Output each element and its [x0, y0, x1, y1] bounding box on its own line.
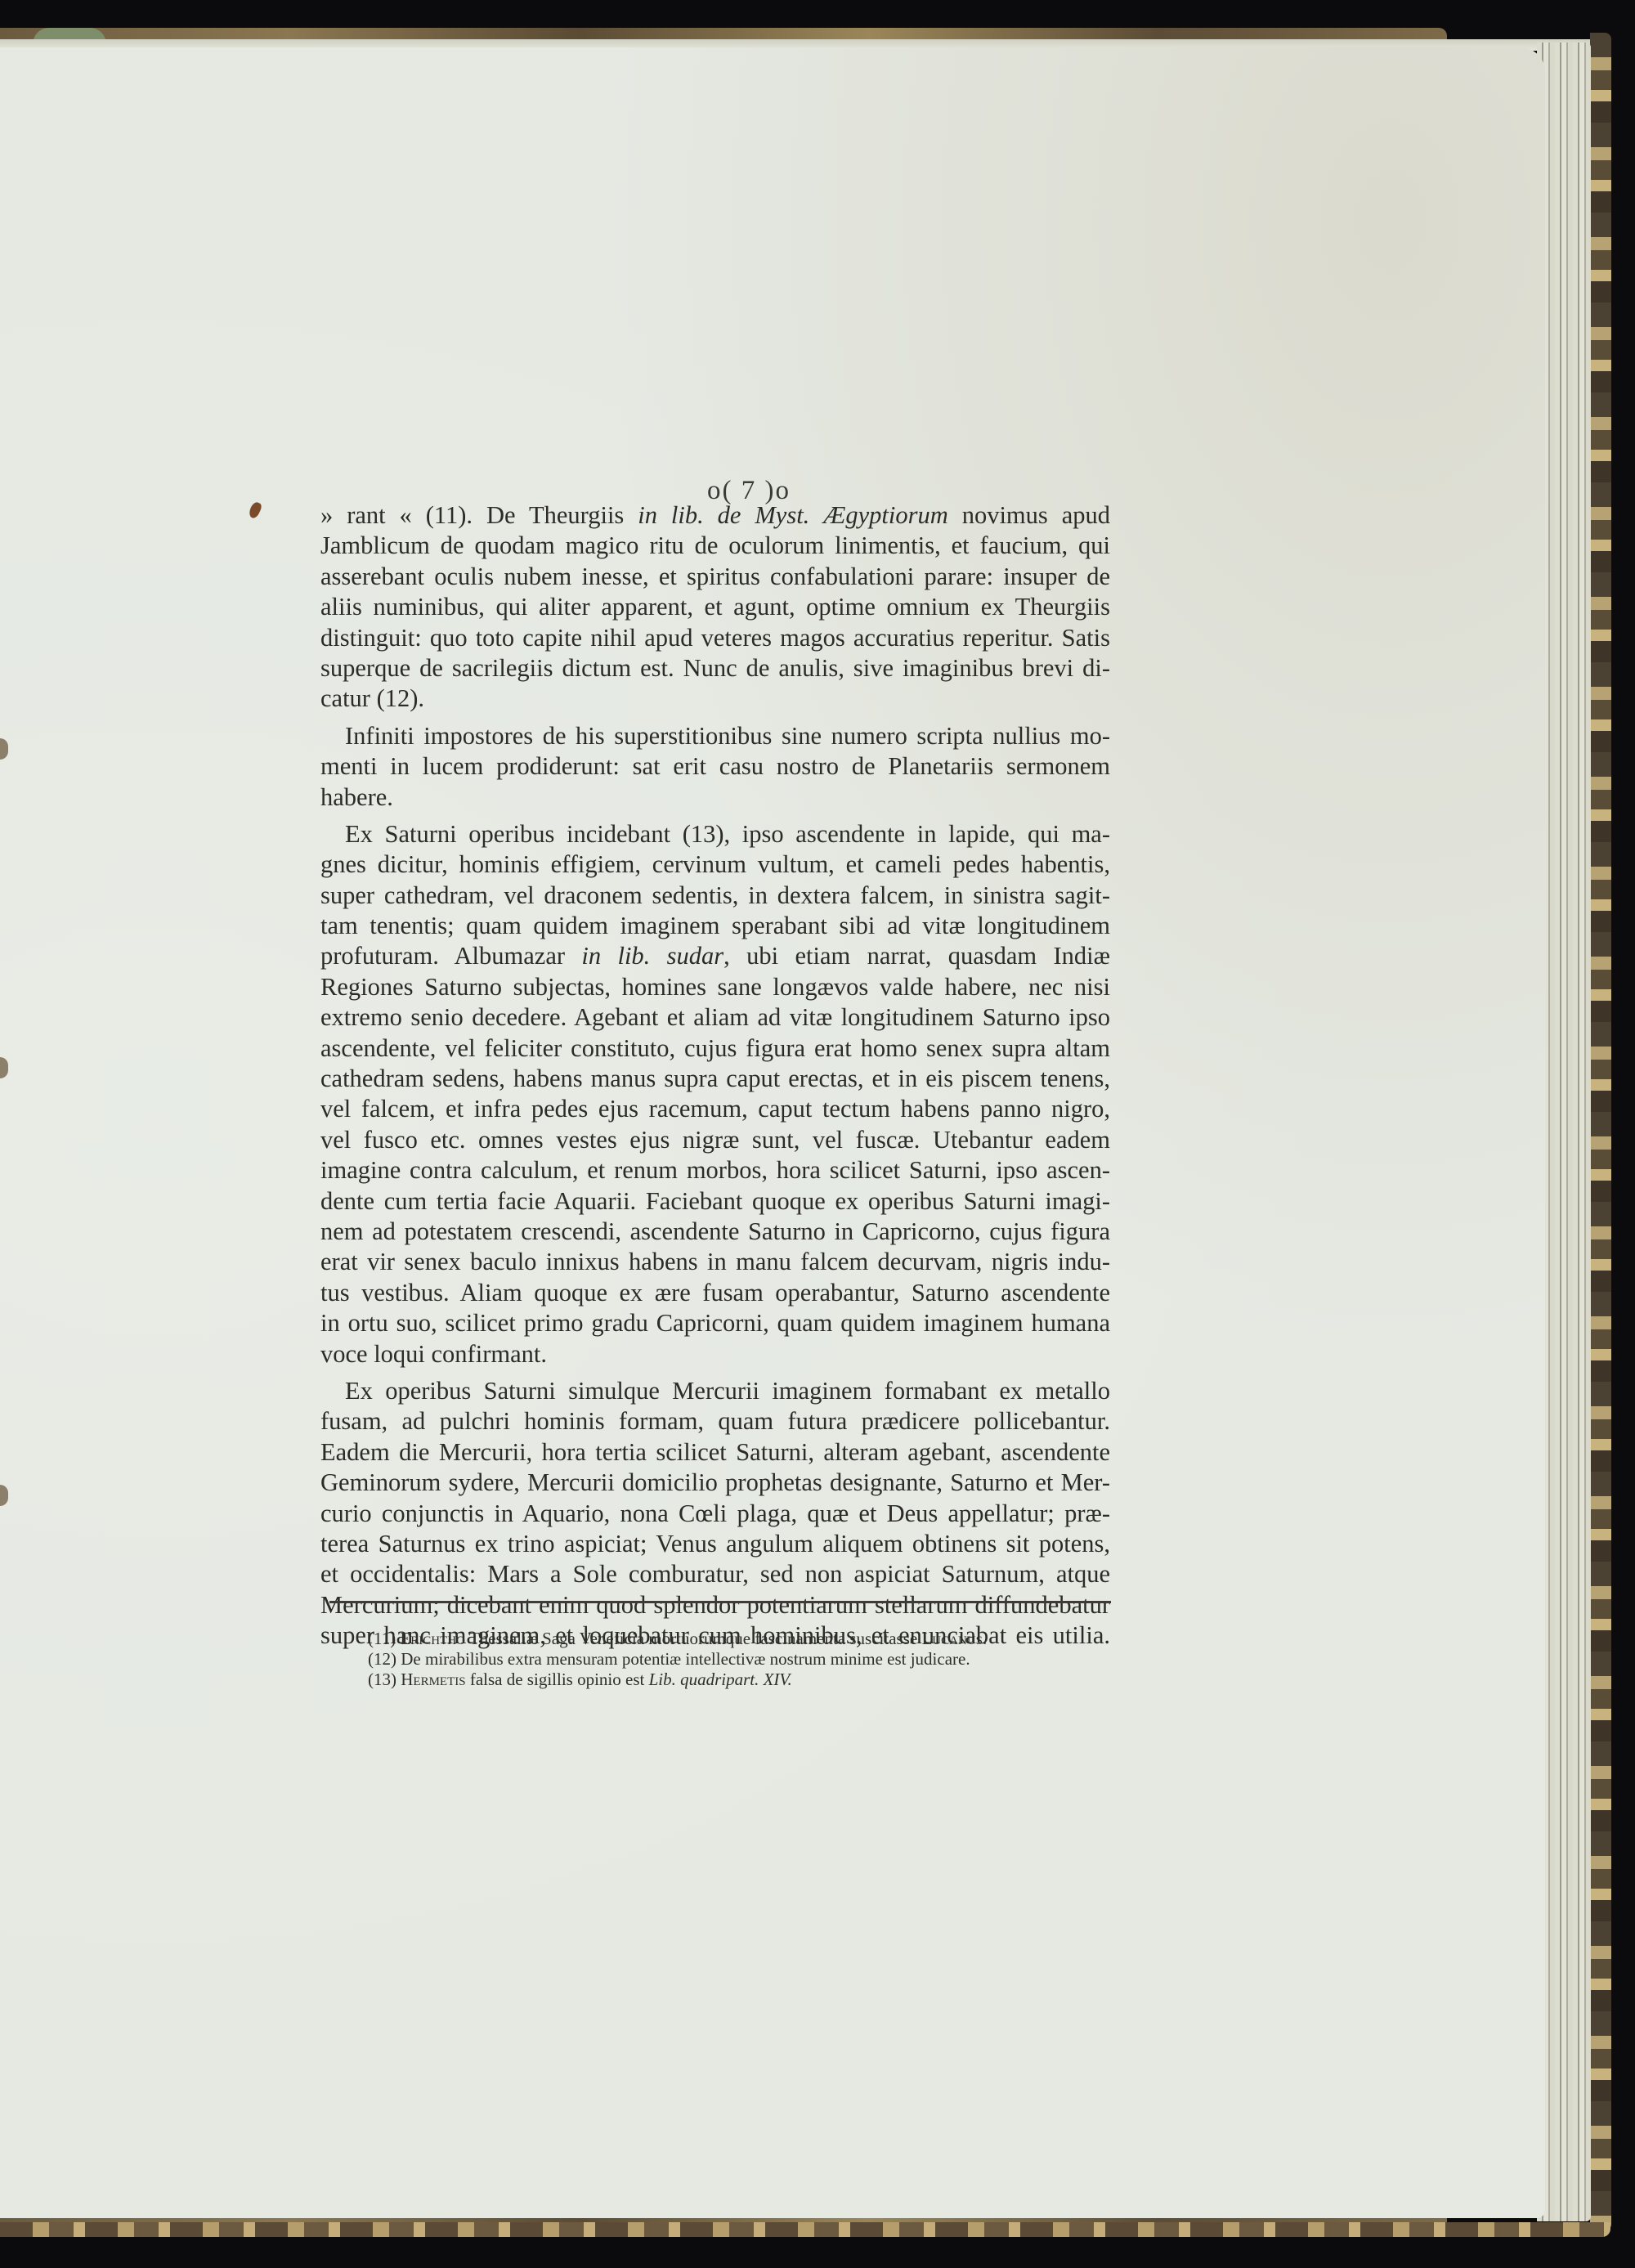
text-line: voce loqui confirmant.	[320, 1339, 1110, 1369]
binding-clip	[0, 1485, 8, 1506]
text-line: in ortu suo, scilicet primo gradu Capric…	[320, 1308, 1110, 1338]
text-line: terea Saturnus ex trino aspiciat; Venus …	[320, 1529, 1110, 1559]
text-line: catur (12).	[320, 684, 1110, 714]
text-line: Infiniti impostores de his superstitioni…	[320, 721, 1110, 751]
text-line: extremo senio decedere. Agebant et aliam…	[320, 1002, 1110, 1033]
footnote-divider	[329, 1601, 1111, 1603]
text-line: Ex operibus Saturni simulque Mercurii im…	[320, 1376, 1110, 1406]
footnote-text: Thessaliæ Saga Veneficia mortuorumque fa…	[465, 1629, 922, 1648]
text-line: superque de sacrilegiis dictum est. Nunc…	[320, 653, 1110, 684]
text-line: dente cum tertia facie Aquarii. Facieban…	[320, 1186, 1110, 1217]
body-text: » rant « (11). De Theurgiis in lib. de M…	[320, 500, 1110, 1651]
marbled-bottom-edge	[0, 2222, 1610, 2237]
paragraph-4: Ex operibus Saturni simulque Mercurii im…	[320, 1376, 1110, 1652]
text-line: Eadem die Mercurii, hora tertia scilicet…	[320, 1437, 1110, 1468]
footnote-text: falsa de sigillis opinio est	[466, 1670, 649, 1689]
footnote-name: Erichtho	[400, 1629, 465, 1648]
text-line: profuturam. Albumazar in lib. sudar, ubi…	[320, 941, 1110, 971]
text-line: curio conjunctis in Aquario, nona Cœli p…	[320, 1499, 1110, 1529]
italic-citation: in lib. sudar	[581, 942, 723, 970]
footnote-13: (13) Hermetis falsa de sigillis opinio e…	[368, 1670, 1104, 1690]
footnote-name: Hermetis	[401, 1670, 465, 1689]
text-line: super cathedram, vel draconem sedentis, …	[320, 881, 1110, 911]
text-line: Geminorum sydere, Mercurii domicilio pro…	[320, 1468, 1110, 1498]
text-line: vel falcem, et infra pedes ejus racemum,…	[320, 1094, 1110, 1124]
text-line: vel fusco etc. omnes vestes ejus nigræ s…	[320, 1125, 1110, 1155]
text-line: nem ad potestatem crescendi, ascendente …	[320, 1217, 1110, 1247]
footnotes: (11) Erichtho Thessaliæ Saga Veneficia m…	[368, 1629, 1104, 1690]
text-line: Jamblicum de quodam magico ritu de oculo…	[320, 531, 1110, 561]
text-line: habere.	[320, 782, 1110, 813]
text-line: tam tenentis; quam quidem imaginem spera…	[320, 911, 1110, 941]
text-line: aliis numinibus, qui aliter apparent, et…	[320, 592, 1110, 622]
text-line: Ex Saturni operibus incidebant (13), ips…	[320, 819, 1110, 849]
footnote-11: (11) Erichtho Thessaliæ Saga Veneficia m…	[368, 1629, 1104, 1649]
footnote-number: (11)	[368, 1629, 396, 1648]
text-line: menti in lucem prodiderunt: sat erit cas…	[320, 751, 1110, 782]
footnote-author: Lucanus	[921, 1629, 983, 1648]
text-line: cathedram sedens, habens manus supra cap…	[320, 1064, 1110, 1094]
paragraph-1: » rant « (11). De Theurgiis in lib. de M…	[320, 500, 1110, 715]
text-line: et occidentalis: Mars a Sole comburatur,…	[320, 1559, 1110, 1589]
text-line: imagine contra calculum, et renum morbos…	[320, 1155, 1110, 1186]
text-line: ascendente, vel feliciter constituto, cu…	[320, 1033, 1110, 1064]
footnote-number: (13)	[368, 1670, 396, 1689]
paragraph-3: Ex Saturni operibus incidebant (13), ips…	[320, 819, 1110, 1369]
text-line: Regiones Saturno subjectas, homines sane…	[320, 972, 1110, 1002]
text-line: erat vir senex baculo innixus habens in …	[320, 1247, 1110, 1277]
text-line: Mercurium; dicebant enim quod splendor p…	[320, 1590, 1110, 1620]
text-line: tus vestibus. Aliam quoque ex ære fusam …	[320, 1278, 1110, 1308]
footnote-citation: Lib. quadripart. XIV.	[649, 1670, 792, 1689]
footnote-text: De mirabilibus extra mensuram potentiæ i…	[396, 1649, 970, 1669]
text-line: asserebant oculis nubem inesse, et spiri…	[320, 562, 1110, 592]
text-line: distinguit: quo toto capite nihil apud v…	[320, 623, 1110, 653]
binding-clip	[0, 738, 8, 760]
text-line: gnes dicitur, hominis effigiem, cervinum…	[320, 849, 1110, 880]
paragraph-2: Infiniti impostores de his superstitioni…	[320, 721, 1110, 813]
text-line: » rant « (11). De Theurgiis in lib. de M…	[320, 500, 1110, 531]
marbled-spine-edge	[1590, 33, 1611, 2232]
footnote-12: (12) De mirabilibus extra mensuram poten…	[368, 1649, 1104, 1670]
footnote-number: (12)	[368, 1649, 396, 1669]
italic-citation: in lib. de Myst. Ægyptiorum	[638, 501, 948, 529]
text-line: fusam, ad pulchri hominis formam, quam f…	[320, 1406, 1110, 1437]
binding-clip	[0, 1057, 8, 1078]
